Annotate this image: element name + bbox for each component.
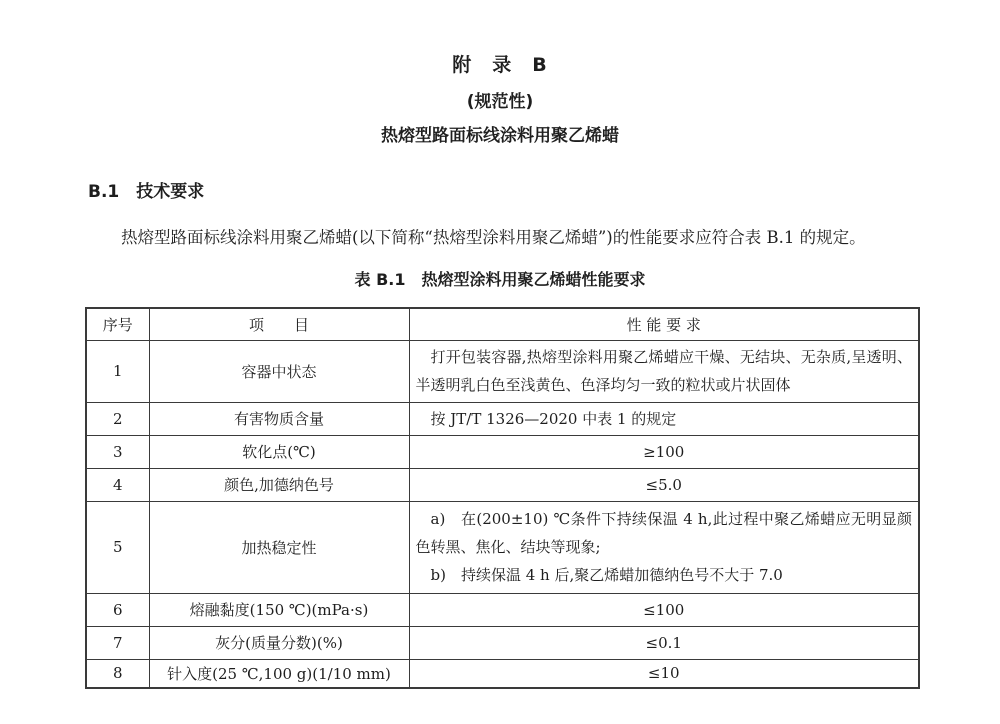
table-row: 8 针入度(25 ℃,100 g)(1/10 mm) ≤10 bbox=[86, 659, 919, 688]
cell-no: 8 bbox=[86, 659, 149, 688]
cell-no: 2 bbox=[86, 402, 149, 435]
cell-requirement: ≥100 bbox=[409, 435, 919, 468]
requirement-text: 按 JT/T 1326—2020 中表 1 的规定 bbox=[416, 405, 913, 433]
appendix-subtitle: 热熔型路面标线涂料用聚乙烯蜡 bbox=[0, 121, 1000, 146]
intro-paragraph: 热熔型路面标线涂料用聚乙烯蜡(以下简称“热熔型涂料用聚乙烯蜡”)的性能要求应符合… bbox=[88, 223, 915, 252]
normative-label: (规范性) bbox=[0, 87, 1000, 112]
col-header-no: 序号 bbox=[86, 308, 149, 340]
cell-item: 灰分(质量分数)(%) bbox=[149, 626, 409, 659]
cell-no: 5 bbox=[86, 501, 149, 593]
appendix-title: 附 录 B bbox=[0, 50, 1000, 77]
table-caption: 表 B.1 热熔型涂料用聚乙烯蜡性能要求 bbox=[0, 267, 1000, 290]
requirement-item-a: a) 在(200±10) ℃条件下持续保温 4 h,此过程中聚乙烯蜡应无明显颜色… bbox=[416, 505, 913, 561]
cell-no: 6 bbox=[86, 593, 149, 626]
table-row: 3 软化点(℃) ≥100 bbox=[86, 435, 919, 468]
col-header-item: 项 目 bbox=[149, 308, 409, 340]
table-row: 4 颜色,加德纳色号 ≤5.0 bbox=[86, 468, 919, 501]
cell-requirement: ≤5.0 bbox=[409, 468, 919, 501]
cell-item: 熔融黏度(150 ℃)(mPa·s) bbox=[149, 593, 409, 626]
section-heading: B.1 技术要求 bbox=[88, 177, 1000, 202]
cell-no: 7 bbox=[86, 626, 149, 659]
cell-item: 颜色,加德纳色号 bbox=[149, 468, 409, 501]
cell-item: 容器中状态 bbox=[149, 340, 409, 402]
performance-table: 序号 项 目 性 能 要 求 1 容器中状态 打开包装容器,热熔型涂料用聚乙烯蜡… bbox=[85, 307, 920, 689]
requirement-text: 打开包装容器,热熔型涂料用聚乙烯蜡应干燥、无结块、无杂质,呈透明、半透明乳白色至… bbox=[416, 343, 913, 399]
cell-no: 4 bbox=[86, 468, 149, 501]
cell-requirement: a) 在(200±10) ℃条件下持续保温 4 h,此过程中聚乙烯蜡应无明显颜色… bbox=[409, 501, 919, 593]
cell-no: 3 bbox=[86, 435, 149, 468]
table-header-row: 序号 项 目 性 能 要 求 bbox=[86, 308, 919, 340]
table-row: 5 加热稳定性 a) 在(200±10) ℃条件下持续保温 4 h,此过程中聚乙… bbox=[86, 501, 919, 593]
table-row: 1 容器中状态 打开包装容器,热熔型涂料用聚乙烯蜡应干燥、无结块、无杂质,呈透明… bbox=[86, 340, 919, 402]
document-page: 附 录 B (规范性) 热熔型路面标线涂料用聚乙烯蜡 B.1 技术要求 热熔型路… bbox=[0, 0, 1000, 724]
table-row: 2 有害物质含量 按 JT/T 1326—2020 中表 1 的规定 bbox=[86, 402, 919, 435]
col-header-requirement: 性 能 要 求 bbox=[409, 308, 919, 340]
cell-item: 加热稳定性 bbox=[149, 501, 409, 593]
cell-item: 有害物质含量 bbox=[149, 402, 409, 435]
cell-requirement: ≤0.1 bbox=[409, 626, 919, 659]
table-row: 7 灰分(质量分数)(%) ≤0.1 bbox=[86, 626, 919, 659]
cell-item: 针入度(25 ℃,100 g)(1/10 mm) bbox=[149, 659, 409, 688]
cell-requirement: ≤10 bbox=[409, 659, 919, 688]
cell-requirement: 按 JT/T 1326—2020 中表 1 的规定 bbox=[409, 402, 919, 435]
requirement-item-b: b) 持续保温 4 h 后,聚乙烯蜡加德纳色号不大于 7.0 bbox=[416, 561, 913, 589]
cell-no: 1 bbox=[86, 340, 149, 402]
cell-item: 软化点(℃) bbox=[149, 435, 409, 468]
table-row: 6 熔融黏度(150 ℃)(mPa·s) ≤100 bbox=[86, 593, 919, 626]
cell-requirement: ≤100 bbox=[409, 593, 919, 626]
document-header: 附 录 B (规范性) 热熔型路面标线涂料用聚乙烯蜡 bbox=[0, 0, 1000, 146]
cell-requirement: 打开包装容器,热熔型涂料用聚乙烯蜡应干燥、无结块、无杂质,呈透明、半透明乳白色至… bbox=[409, 340, 919, 402]
